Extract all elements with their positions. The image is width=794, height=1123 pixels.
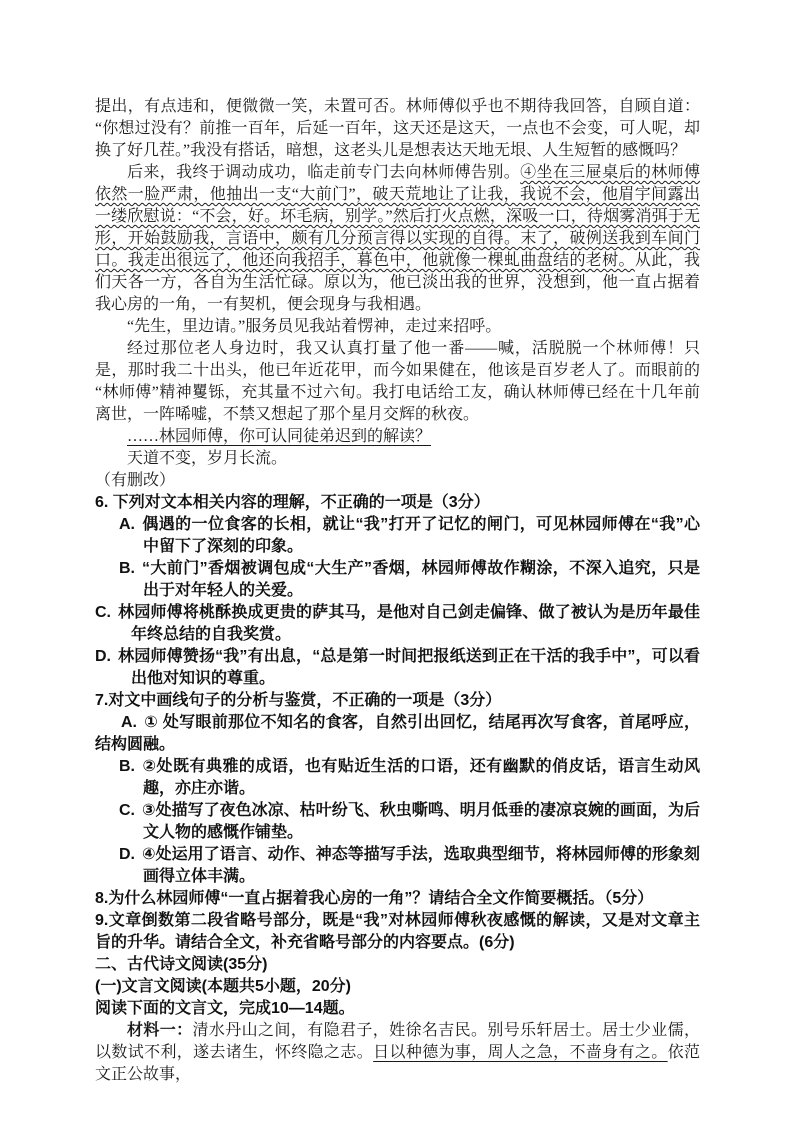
- reading-passage: 提出，有点违和，便微微一笑，未置可否。林师傅似乎也不期待我回答，自顾自道：“你想…: [95, 96, 700, 492]
- questions-section: 6. 下列对文本相关内容的理解，不正确的一项是（3分） A.偶遇的一位食客的长相…: [95, 492, 700, 1020]
- question-6-option-a: A.偶遇的一位食客的长相，就让“我”打开了记忆的闸门，可见林园师傅在“我”心中留…: [95, 514, 700, 558]
- material-1-label: 材料一：: [127, 1022, 193, 1039]
- passage-paragraph-5: ……林园师傅，你可认同徒弟迟到的解读？: [95, 426, 700, 448]
- passage-text: 后来，我终于调动成功，临走前专门去向林师傅告别。: [127, 164, 520, 181]
- option-label: B.: [119, 758, 135, 775]
- exam-paper-body: { "passage": { "p1": "提出，有点违和，便微微一笑，未置可否…: [0, 0, 794, 1123]
- option-text: ④处运用了语言、动作、神态等描写手法，选取典型细节，将林园师傅的形象刻画得立体丰…: [142, 846, 700, 885]
- reading-instruction: 阅读下面的文言文，完成10—14题。: [95, 998, 700, 1020]
- underlined-ellipsis-sentence: ……林园师傅，你可认同徒弟迟到的解读？: [127, 428, 431, 445]
- passage-paragraph-4: 经过那位老人身边时，我又认真打量了他一番——喊，活脱脱一个林师傅！只是，那时我二…: [95, 338, 700, 426]
- classical-text-material: 材料一：清水丹山之间，有隐君子，姓徐名吉民。别号乐轩居士。居士少业儒，以数试不利…: [95, 1020, 700, 1086]
- option-text: ① 处写眼前那位不知名的食客，自然引出回忆，结尾再次写食客，首尾呼应，结构圆融。: [95, 714, 700, 753]
- option-text: 林园师傅赞扬“我”有出息，“总是第一时间把报纸送到正在干活的我手中”，可以看出他…: [118, 648, 700, 687]
- question-7-option-d: D.④处运用了语言、动作、神态等描写手法，选取典型细节，将林园师傅的形象刻画得立…: [95, 844, 700, 888]
- passage-paragraph-3: “先生，里边请。”服务员见我站着愣神，走过来招呼。: [95, 316, 700, 338]
- option-text: 林园师傅将桃酥换成更贵的萨其马，是他对自己剑走偏锋、做了被认为是历年最佳年终总结…: [118, 604, 700, 643]
- source-note: （有删改）: [95, 470, 700, 492]
- option-text: 偶遇的一位食客的长相，就让“我”打开了记忆的闸门，可见林园师傅在“我”心中留下了…: [142, 516, 700, 555]
- question-7-option-b: B.②处既有典雅的成语，也有贴近生活的口语，还有幽默的俏皮话，语言生动风趣，亦庄…: [95, 756, 700, 800]
- section-2-title: 二、古代诗文阅读(35分): [95, 954, 700, 976]
- option-label: C.: [119, 802, 135, 819]
- section-2-subsection: (一)文言文阅读(本题共5小题，20分): [95, 976, 700, 998]
- material-1-paragraph: 材料一：清水丹山之间，有隐君子，姓徐名吉民。别号乐轩居士。居士少业儒，以数试不利…: [95, 1020, 700, 1086]
- question-7-option-c: C.③处描写了夜色冰凉、枯叶纷飞、秋虫嘶鸣、明月低垂的凄凉哀婉的画面，为后文人物…: [95, 800, 700, 844]
- question-6-stem: 6. 下列对文本相关内容的理解，不正确的一项是（3分）: [95, 492, 700, 514]
- option-label: C.: [95, 604, 111, 621]
- question-8: 8.为什么林园师傅“一直占据着我心房的一角”？请结合全文作简要概括。（5分）: [95, 888, 700, 910]
- material-1-underlined-sentence: 日以种德为事，周人之急，不啬身有之。: [373, 1044, 667, 1061]
- option-text: ③处描写了夜色冰凉、枯叶纷飞、秋虫嘶鸣、明月低垂的凄凉哀婉的画面，为后文人物的感…: [142, 802, 700, 841]
- option-label: D.: [95, 648, 111, 665]
- question-6-option-d: D.林园师傅赞扬“我”有出息，“总是第一时间把报纸送到正在干活的我手中”，可以看…: [95, 646, 700, 690]
- option-label: D.: [119, 846, 135, 863]
- question-9: 9.文章倒数第二段省略号部分，既是“我”对林园师傅秋夜感慨的解读，又是对文章主旨…: [95, 910, 700, 954]
- option-label: B.: [119, 560, 135, 577]
- option-text: ②处既有典雅的成语，也有贴近生活的口语，还有幽默的俏皮话，语言生动风趣，亦庄亦谐…: [142, 758, 700, 797]
- option-text: “大前门”香烟被调包成“大生产”香烟，林园师傅故作糊涂，不深入追究，只是出于对年…: [142, 560, 700, 599]
- option-label: A.: [119, 516, 135, 533]
- exam-page: 提出，有点违和，便微微一笑，未置可否。林师傅似乎也不期待我回答，自顾自道：“你想…: [0, 0, 794, 1123]
- question-6-option-b: B.“大前门”香烟被调包成“大生产”香烟，林园师傅故作糊涂，不深入追究，只是出于…: [95, 558, 700, 602]
- passage-paragraph-2: 后来，我终于调动成功，临走前专门去向林师傅告别。④坐在三屉桌后的林师傅依然一脸严…: [95, 162, 700, 316]
- question-7-stem: 7.对文中画线句子的分析与鉴赏，不正确的一项是（3分）: [95, 690, 700, 712]
- passage-paragraph-1: 提出，有点违和，便微微一笑，未置可否。林师傅似乎也不期待我回答，自顾自道：“你想…: [95, 96, 700, 162]
- option-label: A.: [121, 714, 137, 731]
- passage-paragraph-6: 天道不变，岁月长流。: [95, 448, 700, 470]
- question-6-option-c: C.林园师傅将桃酥换成更贵的萨其马，是他对自己剑走偏锋、做了被认为是历年最佳年终…: [95, 602, 700, 646]
- question-7-option-a: A.① 处写眼前那位不知名的食客，自然引出回忆，结尾再次写食客，首尾呼应，结构圆…: [95, 712, 700, 756]
